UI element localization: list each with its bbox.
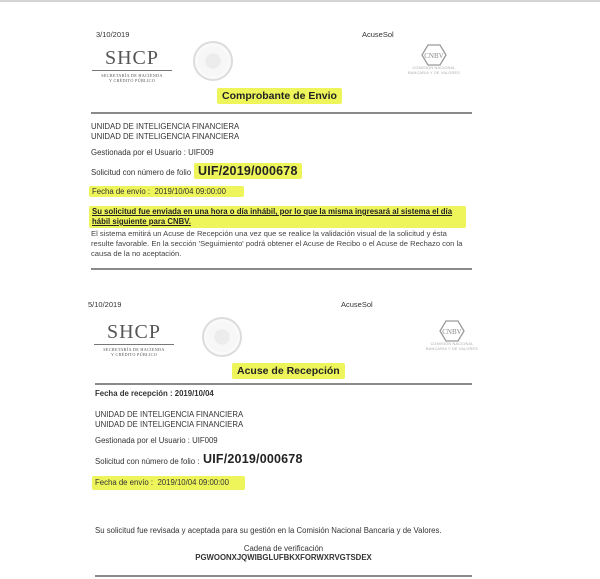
user-label: Gestionada por el Usuario : UIF009 (91, 148, 214, 157)
shcp-logo-sub2: Y CRÉDITO PÚBLICO (92, 78, 172, 83)
doc-code: AcuseSol (341, 300, 373, 309)
folio-label: Solicitud con número de folio : (95, 457, 199, 466)
shcp-logo-word: SHCP (94, 322, 174, 342)
doc-date: 5/10/2019 (88, 300, 121, 309)
send-date: Fecha de envío : 2019/10/04 09:00:00 (89, 186, 244, 197)
cnbv-logo: CNBV COMISIÓN NACIONAL BANCARIA Y DE VAL… (404, 44, 464, 76)
doc-date: 3/10/2019 (96, 30, 129, 39)
shcp-logo: SHCP SECRETARÍA DE HACIENDA Y CRÉDITO PÚ… (94, 322, 174, 357)
shcp-logo: SHCP SECRETARÍA DE HACIENDA Y CRÉDITO PÚ… (92, 48, 172, 83)
svg-text:CNBV: CNBV (442, 328, 461, 336)
verification-block: Cadena de verificación PGWOONXJQWIBGLUFB… (95, 544, 472, 563)
national-seal-icon (193, 41, 233, 81)
unit-line-1: UNIDAD DE INTELIGENCIA FINANCIERA (95, 410, 243, 419)
unit-line-2: UNIDAD DE INTELIGENCIA FINANCIERA (91, 132, 239, 141)
doc-code: AcuseSol (362, 30, 394, 39)
folio-value: UIF/2019/000678 (203, 452, 303, 466)
warning-message: Su solicitud fue enviada en una hora o d… (89, 206, 466, 228)
shcp-logo-word: SHCP (92, 48, 172, 68)
reception-date: Fecha de recepción : 2019/10/04 (95, 389, 214, 398)
doc-title: Comprobante de Envio (217, 88, 342, 104)
info-paragraph: El sistema emitirá un Acuse de Recepción… (91, 229, 471, 259)
warning-line-1: Su solicitud fue enviada en una hora o d… (92, 207, 452, 217)
verification-label: Cadena de verificación (95, 544, 472, 553)
send-date-label: Fecha de envío : (92, 187, 150, 196)
shcp-logo-sub2: Y CRÉDITO PÚBLICO (94, 352, 174, 357)
divider (95, 575, 472, 577)
folio-label: Solicitud con número de folio : (91, 168, 195, 177)
unit-line-1: UNIDAD DE INTELIGENCIA FINANCIERA (91, 122, 239, 131)
unit-line-2: UNIDAD DE INTELIGENCIA FINANCIERA (95, 420, 243, 429)
cnbv-hexagon-icon: CNBV (439, 320, 465, 342)
accepted-message: Su solicitud fue revisada y aceptada par… (95, 526, 442, 535)
send-date-value: 2019/10/04 09:00:00 (154, 187, 226, 196)
doc-title: Acuse de Recepción (232, 363, 345, 379)
cnbv-logo-sub2: BANCARIA Y DE VALORES (404, 71, 464, 76)
svg-text:CNBV: CNBV (424, 52, 443, 60)
warning-line-2: hábil siguiente para CNBV. (92, 217, 452, 227)
cnbv-logo: CNBV COMISIÓN NACIONAL BANCARIA Y DE VAL… (422, 320, 482, 352)
divider (91, 112, 472, 114)
divider (91, 268, 472, 270)
top-border (0, 0, 600, 2)
cnbv-logo-sub2: BANCARIA Y DE VALORES (422, 347, 482, 352)
cnbv-hexagon-icon: CNBV (421, 44, 447, 66)
send-date: Fecha de envío : 2019/10/04 09:00:00 (92, 476, 245, 490)
send-date-label: Fecha de envío : (95, 478, 153, 487)
national-seal-icon (202, 317, 242, 357)
verification-value: PGWOONXJQWIBGLUFBKXFORWXRVGTSDEX (95, 553, 472, 563)
folio-value: UIF/2019/000678 (194, 163, 302, 179)
divider (95, 383, 472, 385)
send-date-value: 2019/10/04 09:00:00 (157, 478, 229, 487)
user-label: Gestionada por el Usuario : UIF009 (95, 436, 218, 445)
